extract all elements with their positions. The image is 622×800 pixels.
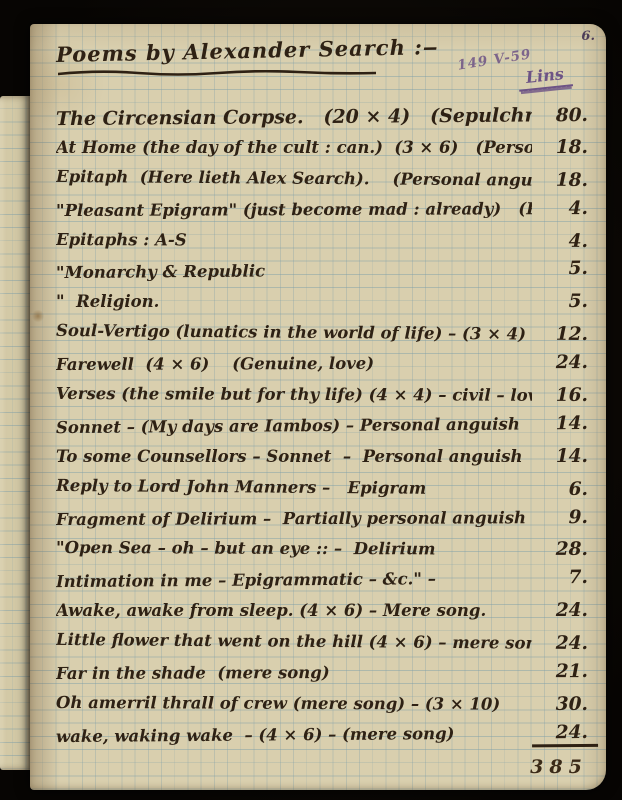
entry-title: "Open Sea – oh – but an eye :: – Deliriu…: [56, 538, 532, 559]
entry-line-count: 18.: [532, 137, 598, 158]
entry-line-count: 4.: [532, 230, 598, 251]
facing-page-edge: [0, 96, 34, 770]
entry-row: "Monarchy & Republic5.: [56, 258, 598, 293]
entry-row: Verses (the smile but for thy life) (4 ×…: [56, 383, 598, 416]
entry-title: Little flower that went on the hill (4 ×…: [56, 630, 532, 653]
entry-row: Sonnet – (My days are Iambos) – Personal…: [56, 413, 598, 448]
entry-line-count: 5.: [532, 258, 598, 280]
notebook-page: 6. Poems by Alexander Search :‒ 149 V-59…: [30, 24, 606, 790]
entry-row: "Open Sea – oh – but an eye :: – Deliriu…: [56, 537, 598, 570]
entry-row: Awake, awake from sleep. (4 × 6) – Mere …: [56, 600, 598, 631]
entry-row: Epitaphs : A-S4.: [56, 229, 598, 262]
photo-background: 6. Poems by Alexander Search :‒ 149 V-59…: [0, 0, 622, 800]
entry-line-count: 4.: [532, 198, 598, 219]
entry-line-count: 24.: [532, 722, 598, 748]
entry-row: " Religion.5.: [56, 291, 598, 322]
entry-line-count: 14.: [532, 446, 598, 467]
entry-row: At Home (the day of the cult : can.) (3 …: [56, 137, 598, 168]
entry-row: Farewell (4 × 6) (Genuine, love)24.: [56, 352, 598, 385]
entry-title: Farewell (4 × 6) (Genuine, love): [56, 353, 532, 374]
entry-title: Soul-Vertigo (lunatics in the world of l…: [56, 321, 532, 344]
entry-title: wake, waking wake – (4 × 6) – (mere song…: [56, 723, 532, 746]
title-underline: [58, 70, 376, 76]
entry-row: Reply to Lord John Manners – Epigram6.: [56, 475, 598, 510]
entries-list: The Circensian Corpse. (20 × 4) (Sepulch…: [56, 106, 598, 755]
entry-title: Fragment of Delirium – Partially persona…: [56, 508, 532, 529]
entry-title: Verses (the smile but for thy life) (4 ×…: [56, 384, 532, 405]
entry-line-count: 24.: [532, 600, 598, 621]
entry-line-count: 7.: [532, 567, 598, 589]
entry-row: Intimation in me – Epigrammatic – &c." –…: [56, 567, 598, 602]
entry-title: " Religion.: [56, 292, 532, 311]
entry-line-count: 24.: [532, 352, 598, 373]
entry-title: Sonnet – (My days are Iambos) – Personal…: [56, 414, 532, 437]
entry-line-count: 18.: [532, 169, 598, 191]
entry-row: To some Counsellors – Sonnet – Personal …: [56, 446, 598, 477]
entry-title: Epitaph (Here lieth Alex Search). (Perso…: [56, 167, 532, 190]
entry-title: "Pleasant Epigram" (just become mad : al…: [56, 199, 532, 220]
entry-line-count: 80.: [532, 105, 598, 127]
entry-title: Reply to Lord John Manners – Epigram: [56, 476, 532, 499]
entry-line-count: 21.: [532, 661, 598, 682]
entry-line-count: 24.: [532, 633, 598, 655]
entry-line-count: 6.: [532, 478, 598, 500]
entry-row: Little flower that went on the hill (4 ×…: [56, 629, 598, 664]
page-title: Poems by Alexander Search :‒: [56, 34, 439, 67]
entry-line-count: 12.: [532, 324, 598, 346]
entry-title: Intimation in me – Epigrammatic – &c." –: [56, 569, 532, 592]
entry-title: Far in the shade (mere song): [56, 662, 532, 683]
entry-title: Epitaphs : A-S: [56, 230, 532, 251]
total-row: 385: [30, 756, 598, 778]
entry-row: wake, waking wake – (4 × 6) – (mere song…: [56, 722, 598, 757]
entry-line-count: 9.: [532, 507, 598, 528]
entry-row: The Circensian Corpse. (20 × 4) (Sepulch…: [56, 104, 598, 139]
entry-title: Awake, awake from sleep. (4 × 6) – Mere …: [56, 601, 532, 620]
entry-row: Epitaph (Here lieth Alex Search). (Perso…: [56, 166, 598, 201]
entry-row: Far in the shade (mere song)21.: [56, 661, 598, 694]
entry-row: Soul-Vertigo (lunatics in the world of l…: [56, 320, 598, 355]
entry-title: Oh amerril thrall of crew (mere song) – …: [56, 693, 532, 714]
entry-row: Fragment of Delirium – Partially persona…: [56, 507, 598, 540]
lines-column-header: Lins: [517, 63, 573, 92]
entry-title: "Monarchy & Republic: [56, 260, 532, 283]
entry-row: "Pleasant Epigram" (just become mad : al…: [56, 198, 598, 231]
entry-title: To some Counsellors – Sonnet – Personal …: [56, 447, 532, 466]
page-header: Poems by Alexander Search :‒ 149 V-59 Li…: [56, 38, 586, 102]
entry-row: Oh amerril thrall of crew (mere song) – …: [56, 692, 598, 725]
entry-title: The Circensian Corpse. (20 × 4) (Sepulch…: [56, 104, 532, 130]
total-lines: 385: [520, 756, 598, 778]
entry-line-count: 30.: [532, 694, 598, 715]
entry-line-count: 5.: [532, 291, 598, 312]
entry-line-count: 16.: [532, 385, 598, 406]
entry-line-count: 28.: [532, 539, 598, 560]
entry-title: At Home (the day of the cult : can.) (3 …: [56, 138, 532, 157]
entry-line-count: 14.: [532, 413, 598, 435]
